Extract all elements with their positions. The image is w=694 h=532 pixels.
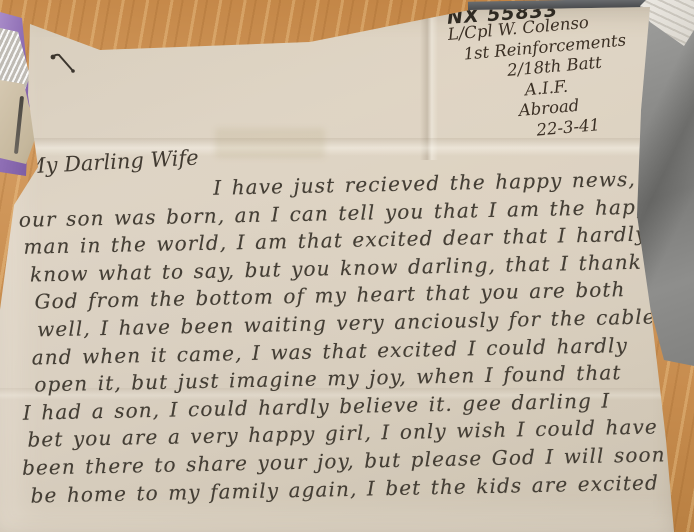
paper-crease-vertical: [420, 0, 438, 160]
ink-mark: [46, 50, 80, 80]
photo-scene: NX 55833 L/Cpl W. Colenso 1st Reinforcem…: [0, 0, 694, 532]
letter-body: I have just recieved the happy news, tha…: [8, 165, 694, 510]
letter-header: L/Cpl W. Colenso 1st Reinforcements 2/18…: [447, 10, 634, 148]
letter-paper: NX 55833 L/Cpl W. Colenso 1st Reinforcem…: [0, 0, 694, 532]
faint-stamp: [215, 128, 325, 158]
